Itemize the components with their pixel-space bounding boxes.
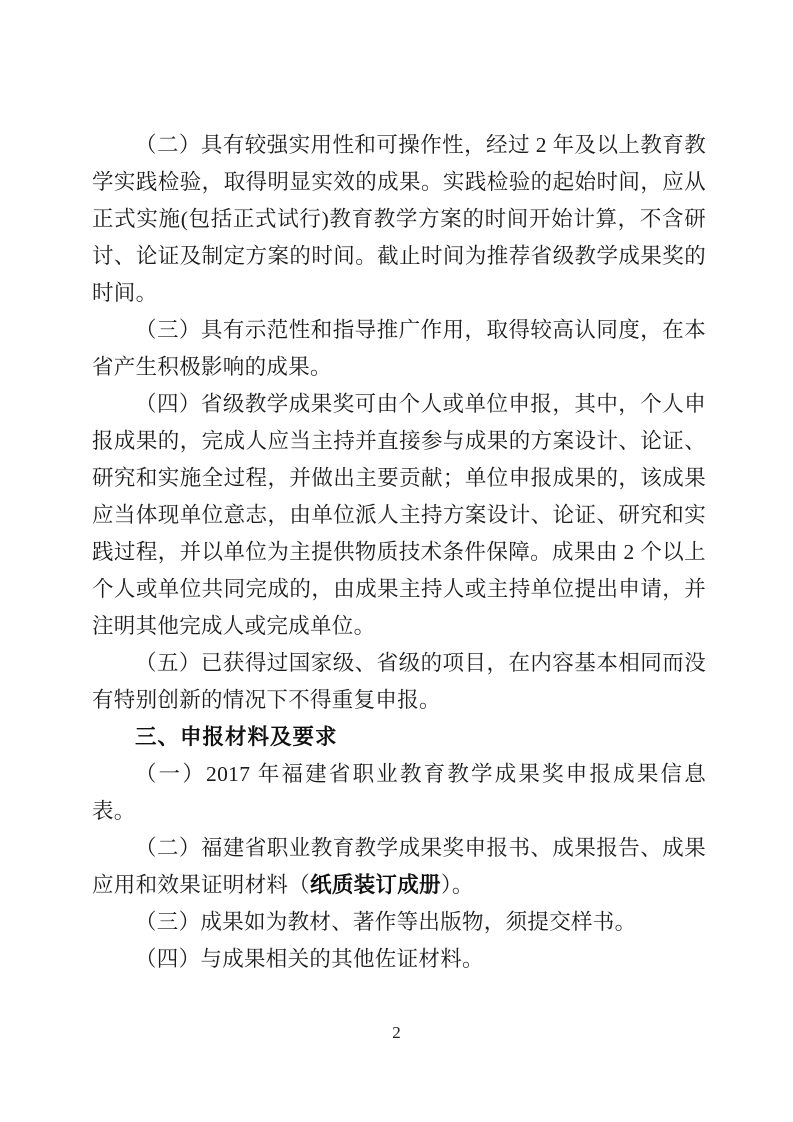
paragraph-criteria-4: （四）省级教学成果奖可由个人或单位申报，其中，个人申报成果的，完成人应当主持并直… [92, 386, 706, 645]
paragraph-criteria-2: （二）具有较强实用性和可操作性，经过 2 年及以上教育教学实践检验，取得明显实效… [92, 127, 706, 312]
paragraph-criteria-3: （三）具有示范性和指导推广作用，取得较高认同度，在本省产生积极影响的成果。 [92, 312, 706, 386]
paragraph-criteria-5: （五）已获得过国家级、省级的项目，在内容基本相同而没有特别创新的情况下不得重复申… [92, 645, 706, 719]
paragraph-materials-2: （二）福建省职业教育教学成果奖申报书、成果报告、成果应用和效果证明材料（纸质装订… [92, 830, 706, 904]
section-heading-materials: 三、申报材料及要求 [92, 719, 706, 756]
page-number: 2 [0, 1021, 793, 1045]
paragraph-text-post: ）。 [441, 873, 474, 897]
paragraph-materials-1: （一）2017 年福建省职业教育教学成果奖申报成果信息表。 [92, 756, 706, 830]
bold-emphasis-binding-note: 纸质装订成册 [310, 873, 441, 897]
paragraph-materials-4: （四）与成果相关的其他佐证材料。 [92, 941, 706, 978]
document-body: （二）具有较强实用性和可操作性，经过 2 年及以上教育教学实践检验，取得明显实效… [92, 127, 706, 978]
paragraph-materials-3: （三）成果如为教材、著作等出版物，须提交样书。 [92, 904, 706, 941]
document-page: （二）具有较强实用性和可操作性，经过 2 年及以上教育教学实践检验，取得明显实效… [0, 0, 793, 1122]
